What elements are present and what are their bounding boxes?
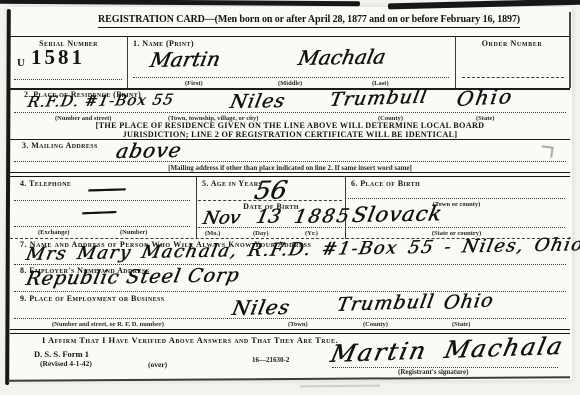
birth-year-handwriting: 1885 <box>292 205 353 228</box>
employment-underline <box>14 318 566 319</box>
telephone-exchange-underline <box>14 200 190 201</box>
employment-county-handwriting: Trumbull <box>335 291 436 316</box>
employment-state-handwriting: Ohio <box>442 289 495 314</box>
telephone-exchange-handwriting: — <box>84 179 128 200</box>
caption-employment-state: (State) <box>452 321 470 328</box>
telephone-label: 4. Telephone <box>20 179 71 188</box>
jurisdiction-notice-line2: JURISDICTION; LINE 2 OF REGISTRATION CER… <box>0 130 580 139</box>
last-name-handwriting: Machala <box>296 44 388 70</box>
telephone-number-handwriting: — <box>78 202 119 223</box>
jurisdiction-notice-line1: [THE PLACE OF RESIDENCE GIVEN ON THE LIN… <box>0 121 580 130</box>
employment-double-rule <box>10 329 570 334</box>
caption-employment-county: (County) <box>363 321 388 328</box>
caption-middle: (Middle) <box>278 80 302 87</box>
form-number: D. S. S. Form 1 <box>34 349 89 359</box>
serial-underline <box>14 79 122 80</box>
mailing-address-handwriting: above <box>114 138 184 163</box>
telephone-number-underline <box>14 226 190 227</box>
residence-state-handwriting: Ohio <box>455 84 515 111</box>
print-code: 16—21630-2 <box>252 356 289 364</box>
caption-registrant-signature: (Registrant's signature) <box>398 368 468 376</box>
scan-smudge-1 <box>540 145 553 158</box>
caption-exchange: (Exchange) <box>38 229 69 236</box>
employer-handwriting: Republic Steel Corp <box>24 264 241 290</box>
scan-smudge-2 <box>300 385 380 388</box>
header-row-top-rule <box>10 36 570 37</box>
age-underline <box>198 200 342 201</box>
residence-street-handwriting: R.F.D. #1-Box 55 <box>26 90 176 111</box>
name-order-divider <box>455 36 456 88</box>
form-title: REGISTRATION CARD—(Men born on or after … <box>98 14 520 28</box>
caption-number: (Number) <box>120 229 147 236</box>
scan-edge-right <box>569 12 571 88</box>
birthplace-town-underline <box>348 198 565 199</box>
serial-prefix: U <box>17 57 25 69</box>
mailing-address-label: 3. Mailing Address <box>22 141 98 150</box>
form-revision: (Revised 4-1-42) <box>40 359 92 368</box>
mailing-caption: [Mailing address if other than place ind… <box>0 164 580 172</box>
order-number-blank <box>462 77 564 78</box>
residence-section-rule <box>10 139 570 140</box>
caption-year: (Yr.) <box>305 230 318 237</box>
caption-employment-street: (Number and street, or R. F. D. number) <box>52 321 164 328</box>
over-note: (over) <box>148 360 167 369</box>
caption-employment-town: (Town) <box>288 321 308 328</box>
order-number-label: Order Number <box>457 39 567 48</box>
caption-month: (Mo.) <box>205 230 220 237</box>
contact-underline <box>14 264 566 265</box>
employment-label: 9. Place of Employment or Business <box>20 294 165 303</box>
caption-last: (Last) <box>372 80 389 87</box>
residence-underline <box>14 112 566 113</box>
mailing-underline <box>14 161 566 162</box>
birth-month-handwriting: Nov <box>201 207 242 229</box>
birthplace-label: 6. Place of Birth <box>351 179 420 188</box>
caption-day: (Day) <box>253 230 269 237</box>
residence-town-handwriting: Niles <box>228 90 287 113</box>
name-underline <box>133 77 449 78</box>
birthplace-handwriting: Slovack <box>350 201 445 227</box>
residence-county-handwriting: Trumbull <box>328 86 429 111</box>
dob-underline <box>198 227 342 228</box>
affirmation-statement: I Affirm That I Have Verified Above Answ… <box>42 335 338 345</box>
serial-name-divider <box>127 36 128 88</box>
scanned-registration-card: REGISTRATION CARD—(Men born on or after … <box>0 0 580 395</box>
age-label: 5. Age in Years <box>202 179 262 188</box>
first-name-handwriting: Martin <box>148 47 222 72</box>
mailing-section-double-rule <box>10 172 570 177</box>
birth-day-handwriting: 13 <box>254 206 283 228</box>
birthplace-state-underline <box>348 227 565 228</box>
scan-edge-top-left <box>0 0 360 6</box>
employment-town-handwriting: Niles <box>230 295 292 320</box>
serial-number-value: 1581 <box>31 45 85 70</box>
caption-first: (First) <box>185 80 203 87</box>
